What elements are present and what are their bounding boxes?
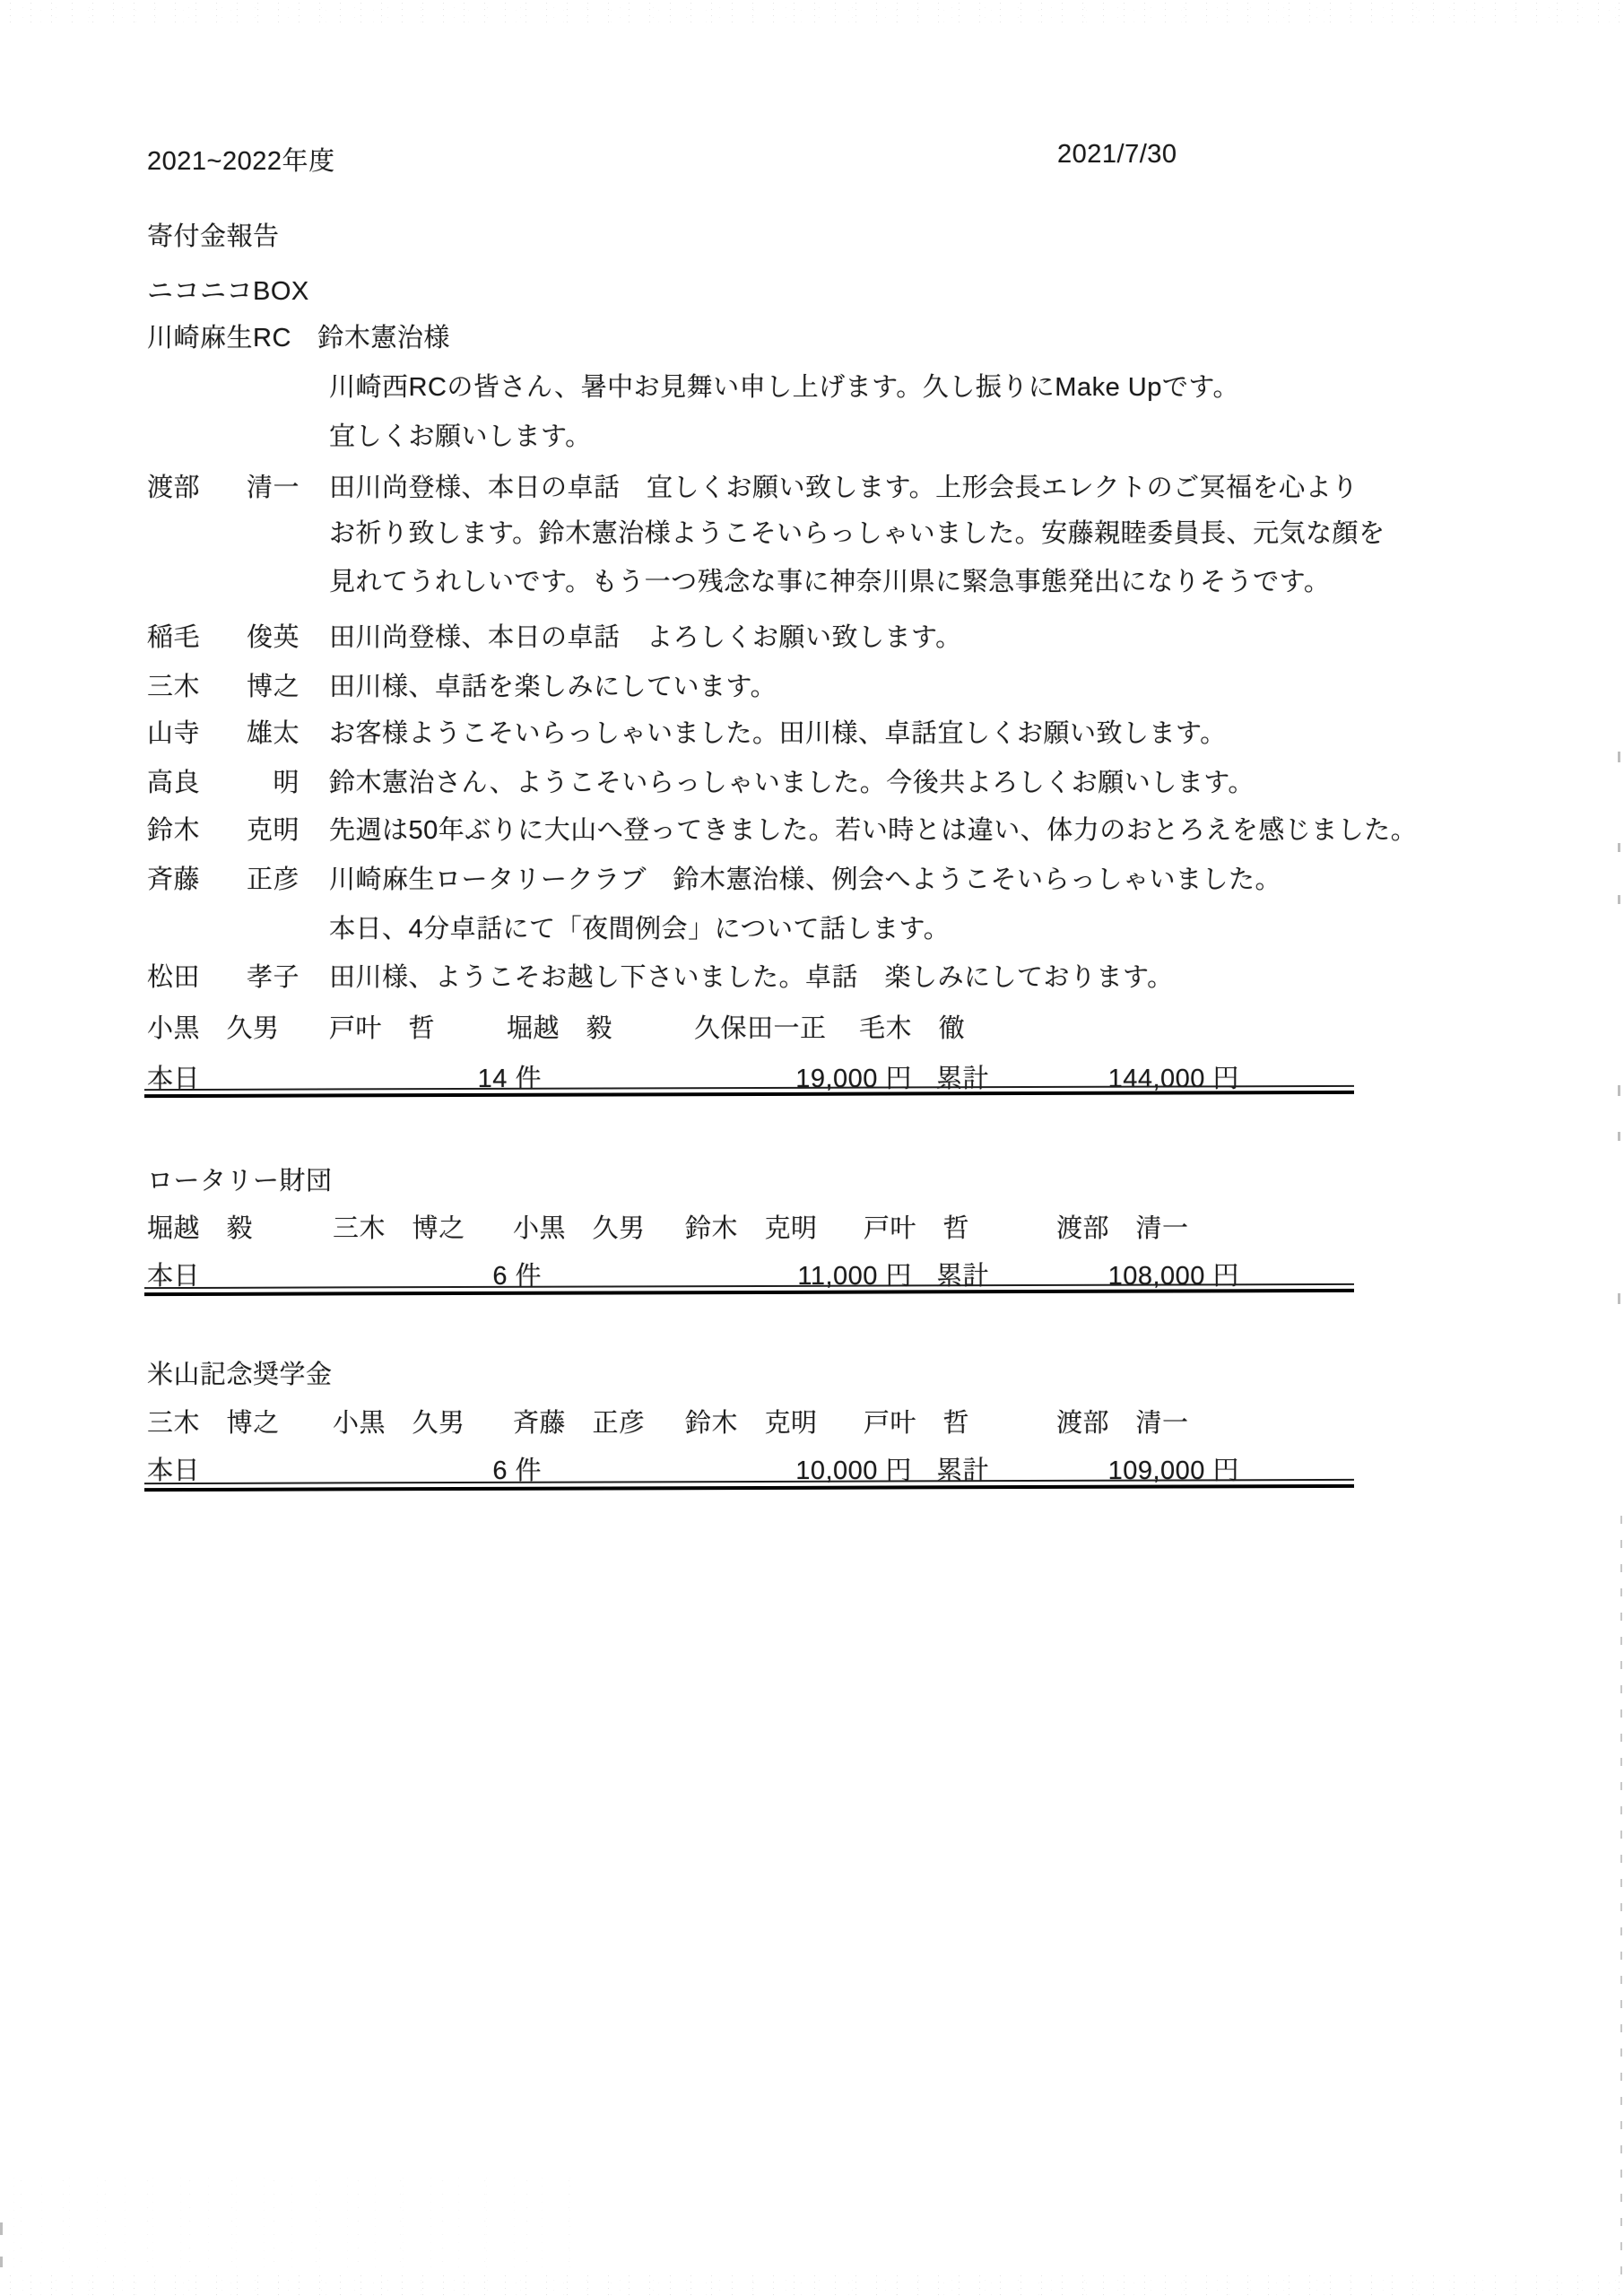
donor-name: 戸叶 哲 [864, 1213, 969, 1244]
donor-family-name: 高良 [147, 768, 200, 798]
donor-family-name: 山寺 [147, 718, 200, 749]
scan-speck [1618, 895, 1620, 904]
donor-family-name: 松田 [147, 962, 200, 993]
donor-name: 小黒 久男 [147, 1013, 280, 1044]
donor-name: 松田 孝子 [147, 962, 300, 993]
donor-given-name: 克明 [247, 815, 300, 846]
donor-family-name: 鈴木 [147, 815, 200, 846]
scan-speck [0, 2257, 3, 2267]
scan-speck [1618, 1132, 1620, 1141]
guest-message-line: 川崎西RCの皆さん、暑中お見舞い申し上げます。久し振りにMake Upです。 [329, 372, 1239, 403]
totals-underline [144, 1479, 1354, 1492]
donor-name: 鈴木 克明 [147, 815, 300, 846]
guest-message-line: 宜しくお願いします。 [329, 422, 592, 452]
report-date: 2021/7/30 [1057, 139, 1177, 170]
donor-message-line: 見れてうれしいです。もう一つ残念な事に神奈川県に緊急事態発出になりそうです。 [329, 567, 1330, 597]
donor-name: 稲毛 俊英 [147, 622, 300, 653]
donor-name: 毛木 徹 [859, 1013, 965, 1044]
donor-message-line: 田川様、ようこそお越し下さいました。卓話 楽しみにしております。 [329, 962, 1174, 993]
donor-name: 三木 博之 [147, 1408, 280, 1439]
donor-message-line: 先週は50年ぶりに大山へ登ってきました。若い時とは違い、体力のおとろえを感じまし… [329, 815, 1417, 846]
report-title: 寄付金報告 [147, 222, 280, 252]
donor-name: 渡部 清一 [147, 473, 300, 503]
donor-name: 鈴木 克明 [685, 1213, 818, 1244]
scan-edge-dashes-right [1620, 1516, 1622, 2287]
donor-name: 久保田一正 [694, 1013, 827, 1044]
donor-message-line: 田川様、卓話を楽しみにしています。 [329, 672, 777, 702]
guest-name: 川崎麻生RC 鈴木憲治様 [147, 323, 450, 353]
donor-message-line: 鈴木憲治さん、ようこそいらっしゃいました。今後共よろしくお願いします。 [329, 768, 1255, 798]
scan-speck [1618, 1085, 1620, 1096]
donor-name: 小黒 久男 [333, 1408, 465, 1439]
scan-speck [1618, 1293, 1620, 1304]
donor-name: 斉藤 正彦 [513, 1408, 646, 1439]
scan-speck [1618, 752, 1620, 762]
scanned-donation-report-page: 2021~2022年度 2021/7/30 寄付金報告 ニコニコBOX 川崎麻生… [0, 0, 1624, 2296]
donor-name: 斉藤 正彦 [147, 865, 300, 895]
donor-name: 渡部 清一 [1056, 1213, 1189, 1244]
donor-name: 三木 博之 [147, 672, 300, 702]
donor-given-name: 俊英 [247, 622, 300, 653]
donor-name: 渡部 清一 [1056, 1408, 1189, 1439]
donor-given-name: 孝子 [247, 962, 300, 993]
scan-noise-top [0, 0, 1624, 23]
donor-message-line: 田川尚登様、本日の卓話 宜しくお願い致します。上形会長エレクトのご冥福を心より [329, 473, 1359, 503]
donor-name: 三木 博之 [333, 1213, 465, 1244]
totals-underline [144, 1085, 1354, 1098]
donor-family-name: 稲毛 [147, 622, 200, 653]
scan-noise-bottom [0, 2273, 1624, 2296]
donor-name: 鈴木 克明 [685, 1408, 818, 1439]
donor-message-line: 田川尚登様、本日の卓話 よろしくお願い致します。 [329, 622, 962, 653]
donor-given-name: 博之 [247, 672, 300, 702]
donor-message-line: 本日、4分卓話にて「夜間例会」について話します。 [329, 914, 950, 944]
today-label: 本日 [147, 1456, 200, 1486]
yoneyama-heading: 米山記念奨学金 [147, 1360, 333, 1390]
donor-name: 堀越 毅 [507, 1013, 612, 1044]
donor-given-name: 明 [273, 768, 300, 798]
donor-given-name: 清一 [247, 473, 300, 503]
scan-noise-bottom-left [0, 2174, 592, 2273]
donor-name: 戸叶 哲 [329, 1013, 435, 1044]
donor-message-line: 川崎麻生ロータリークラブ 鈴木憲治様、例会へようこそいらっしゃいました。 [329, 865, 1281, 895]
donor-name: 戸叶 哲 [864, 1408, 969, 1439]
donor-name: 小黒 久男 [513, 1213, 646, 1244]
rotary-foundation-heading: ロータリー財団 [147, 1166, 333, 1196]
donor-name: 高良 明 [147, 768, 300, 798]
donor-family-name: 斉藤 [147, 865, 200, 895]
donor-name: 堀越 毅 [147, 1213, 253, 1244]
donor-family-name: 三木 [147, 672, 200, 702]
donor-message-line: お客様ようこそいらっしゃいました。田川様、卓話宜しくお願い致します。 [329, 718, 1227, 749]
donor-name: 山寺 雄太 [147, 718, 300, 749]
donor-given-name: 正彦 [247, 865, 300, 895]
donor-given-name: 雄太 [247, 718, 300, 749]
totals-underline [144, 1283, 1354, 1296]
scan-speck [0, 2222, 3, 2235]
scan-speck [1618, 843, 1620, 852]
fiscal-year-label: 2021~2022年度 [147, 146, 334, 177]
donor-message-line: お祈り致します。鈴木憲治様ようこそいらっしゃいました。安藤親睦委員長、元気な顔を [329, 518, 1385, 549]
nikoniko-box-heading: ニコニコBOX [147, 276, 309, 307]
donor-family-name: 渡部 [147, 473, 200, 503]
